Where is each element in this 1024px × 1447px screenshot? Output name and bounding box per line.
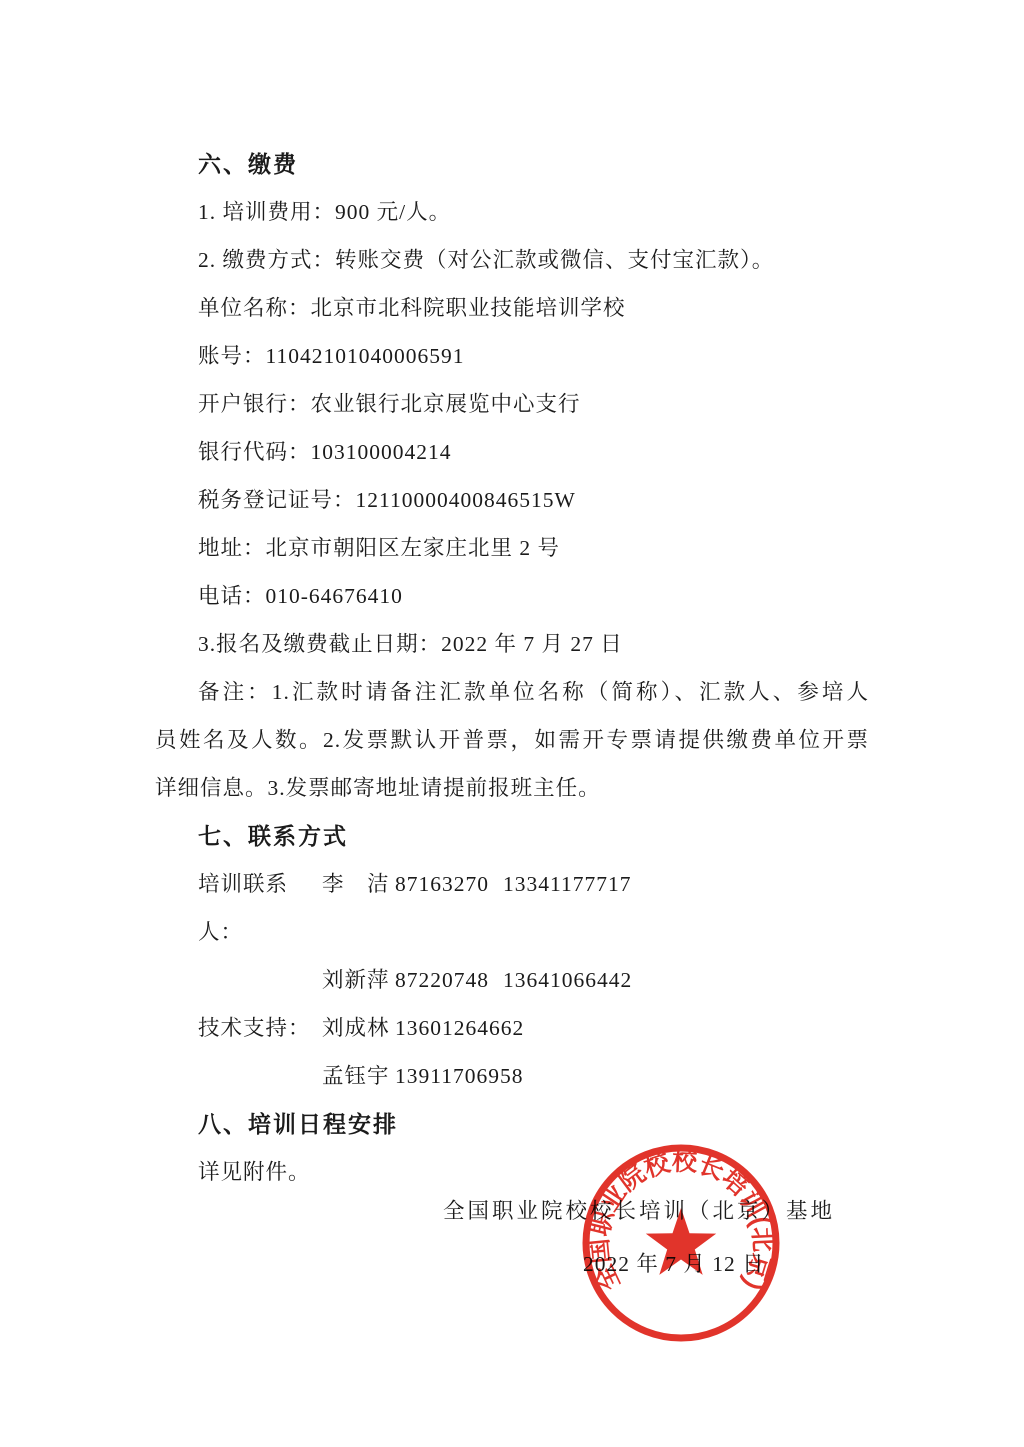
section7-heading: 七、联系方式 <box>155 812 869 860</box>
contact-phone: 87220748 <box>395 956 503 1004</box>
contact-label: 技术支持： <box>198 1004 322 1052</box>
contact-phone: 13601264662 <box>395 1004 503 1052</box>
payee-name-line: 单位名称：北京市北科院职业技能培训学校 <box>155 284 869 332</box>
contact-label: 培训联系人： <box>198 860 322 956</box>
document-body: 六、缴费 1. 培训费用：900 元/人。 2. 缴费方式：转账交费（对公汇款或… <box>155 140 869 1196</box>
remark-line-3: 详细信息。3.发票邮寄地址请提前报班主任。 <box>155 764 869 812</box>
bank-name-line: 开户银行：农业银行北京展览中心支行 <box>155 380 869 428</box>
account-number-line: 账号：11042101040006591 <box>155 332 869 380</box>
payment-method-line: 2. 缴费方式：转账交费（对公汇款或微信、支付宝汇款）。 <box>155 236 869 284</box>
telephone-line: 电话：010-64676410 <box>155 572 869 620</box>
star-icon <box>646 1208 716 1275</box>
contact-name: 孟钰宇 <box>322 1052 395 1100</box>
contact-row: 孟钰宇 13911706958 <box>155 1052 869 1100</box>
contact-phone: 13911706958 <box>395 1052 503 1100</box>
contact-row: 刘新萍 87220748 13641066442 <box>155 956 869 1004</box>
deadline-line: 3.报名及缴费截止日期：2022 年 7 月 27 日 <box>155 620 869 668</box>
bank-code-line: 银行代码：103100004214 <box>155 428 869 476</box>
contact-mobile: 13641066442 <box>503 956 632 1004</box>
tax-id-line: 税务登记证号：12110000400846515W <box>155 476 869 524</box>
document-page: 六、缴费 1. 培训费用：900 元/人。 2. 缴费方式：转账交费（对公汇款或… <box>0 0 1024 1447</box>
contact-label <box>198 1052 322 1100</box>
contact-name: 刘成林 <box>322 1004 395 1052</box>
contact-label <box>198 956 322 1004</box>
remark-line-2: 员姓名及人数。2.发票默认开普票，如需开专票请提供缴费单位开票 <box>155 716 869 764</box>
address-line: 地址：北京市朝阳区左家庄北里 2 号 <box>155 524 869 572</box>
contact-row: 技术支持： 刘成林 13601264662 <box>155 1004 869 1052</box>
remark-line-1: 备注：1.汇款时请备注汇款单位名称（简称）、汇款人、参培人 <box>155 668 869 716</box>
section6-heading: 六、缴费 <box>155 140 869 188</box>
payment-fee-line: 1. 培训费用：900 元/人。 <box>155 188 869 236</box>
contact-mobile: 13341177717 <box>503 860 631 956</box>
contact-name: 刘新萍 <box>322 956 395 1004</box>
contact-name: 李 洁 <box>322 860 395 956</box>
contact-row: 培训联系人： 李 洁 87163270 13341177717 <box>155 860 869 956</box>
contact-phone: 87163270 <box>395 860 503 956</box>
official-seal-stamp: 全国职业院校校长培训(北京)基地 <box>578 1140 784 1346</box>
